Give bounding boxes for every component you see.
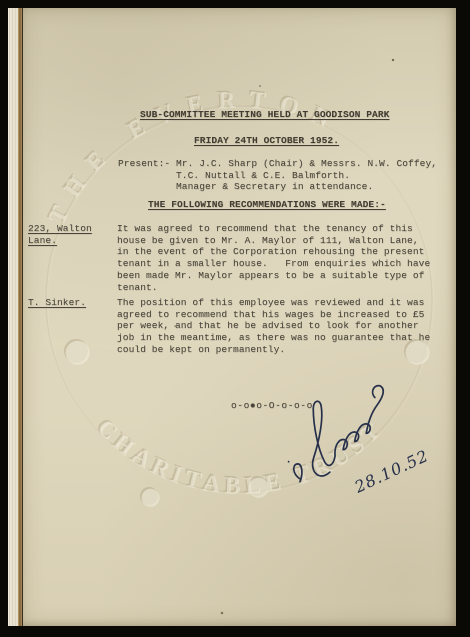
emboss-disc xyxy=(142,489,160,507)
emboss-disc xyxy=(140,487,158,505)
margin-heading: T. Sinker. xyxy=(28,297,86,309)
emboss-disc xyxy=(249,478,269,498)
signature-date: 28.10.52 xyxy=(351,446,432,497)
date-heading: FRIDAY 24TH OCTOBER 1952. xyxy=(194,135,339,147)
section-heading: THE FOLLOWING RECOMMENDATIONS WERE MADE:… xyxy=(148,199,386,211)
scanned-minutes-photo: { "document": { "title": "SUB-COMMITTEE … xyxy=(0,0,470,637)
signature: 28.10.52 xyxy=(281,396,470,521)
book-fore-edge xyxy=(8,8,23,626)
emboss-disc xyxy=(66,341,90,365)
attendees: Present:- Mr. J.C. Sharp (Chair) & Messr… xyxy=(118,158,437,193)
emboss-disc xyxy=(247,476,267,496)
minutes-page: THE EVERTON CHARITABLE TRUST THE EVERTON… xyxy=(23,8,456,626)
recommendation-text: It was agreed to recommend that the tena… xyxy=(117,223,430,293)
document-title: SUB-COMMITTEE MEETING HELD AT GOODISON P… xyxy=(140,109,389,121)
emboss-disc xyxy=(64,339,88,363)
recommendation-text: The position of this employee was review… xyxy=(117,297,430,356)
margin-heading: 223, Walton Lane. xyxy=(28,223,92,246)
